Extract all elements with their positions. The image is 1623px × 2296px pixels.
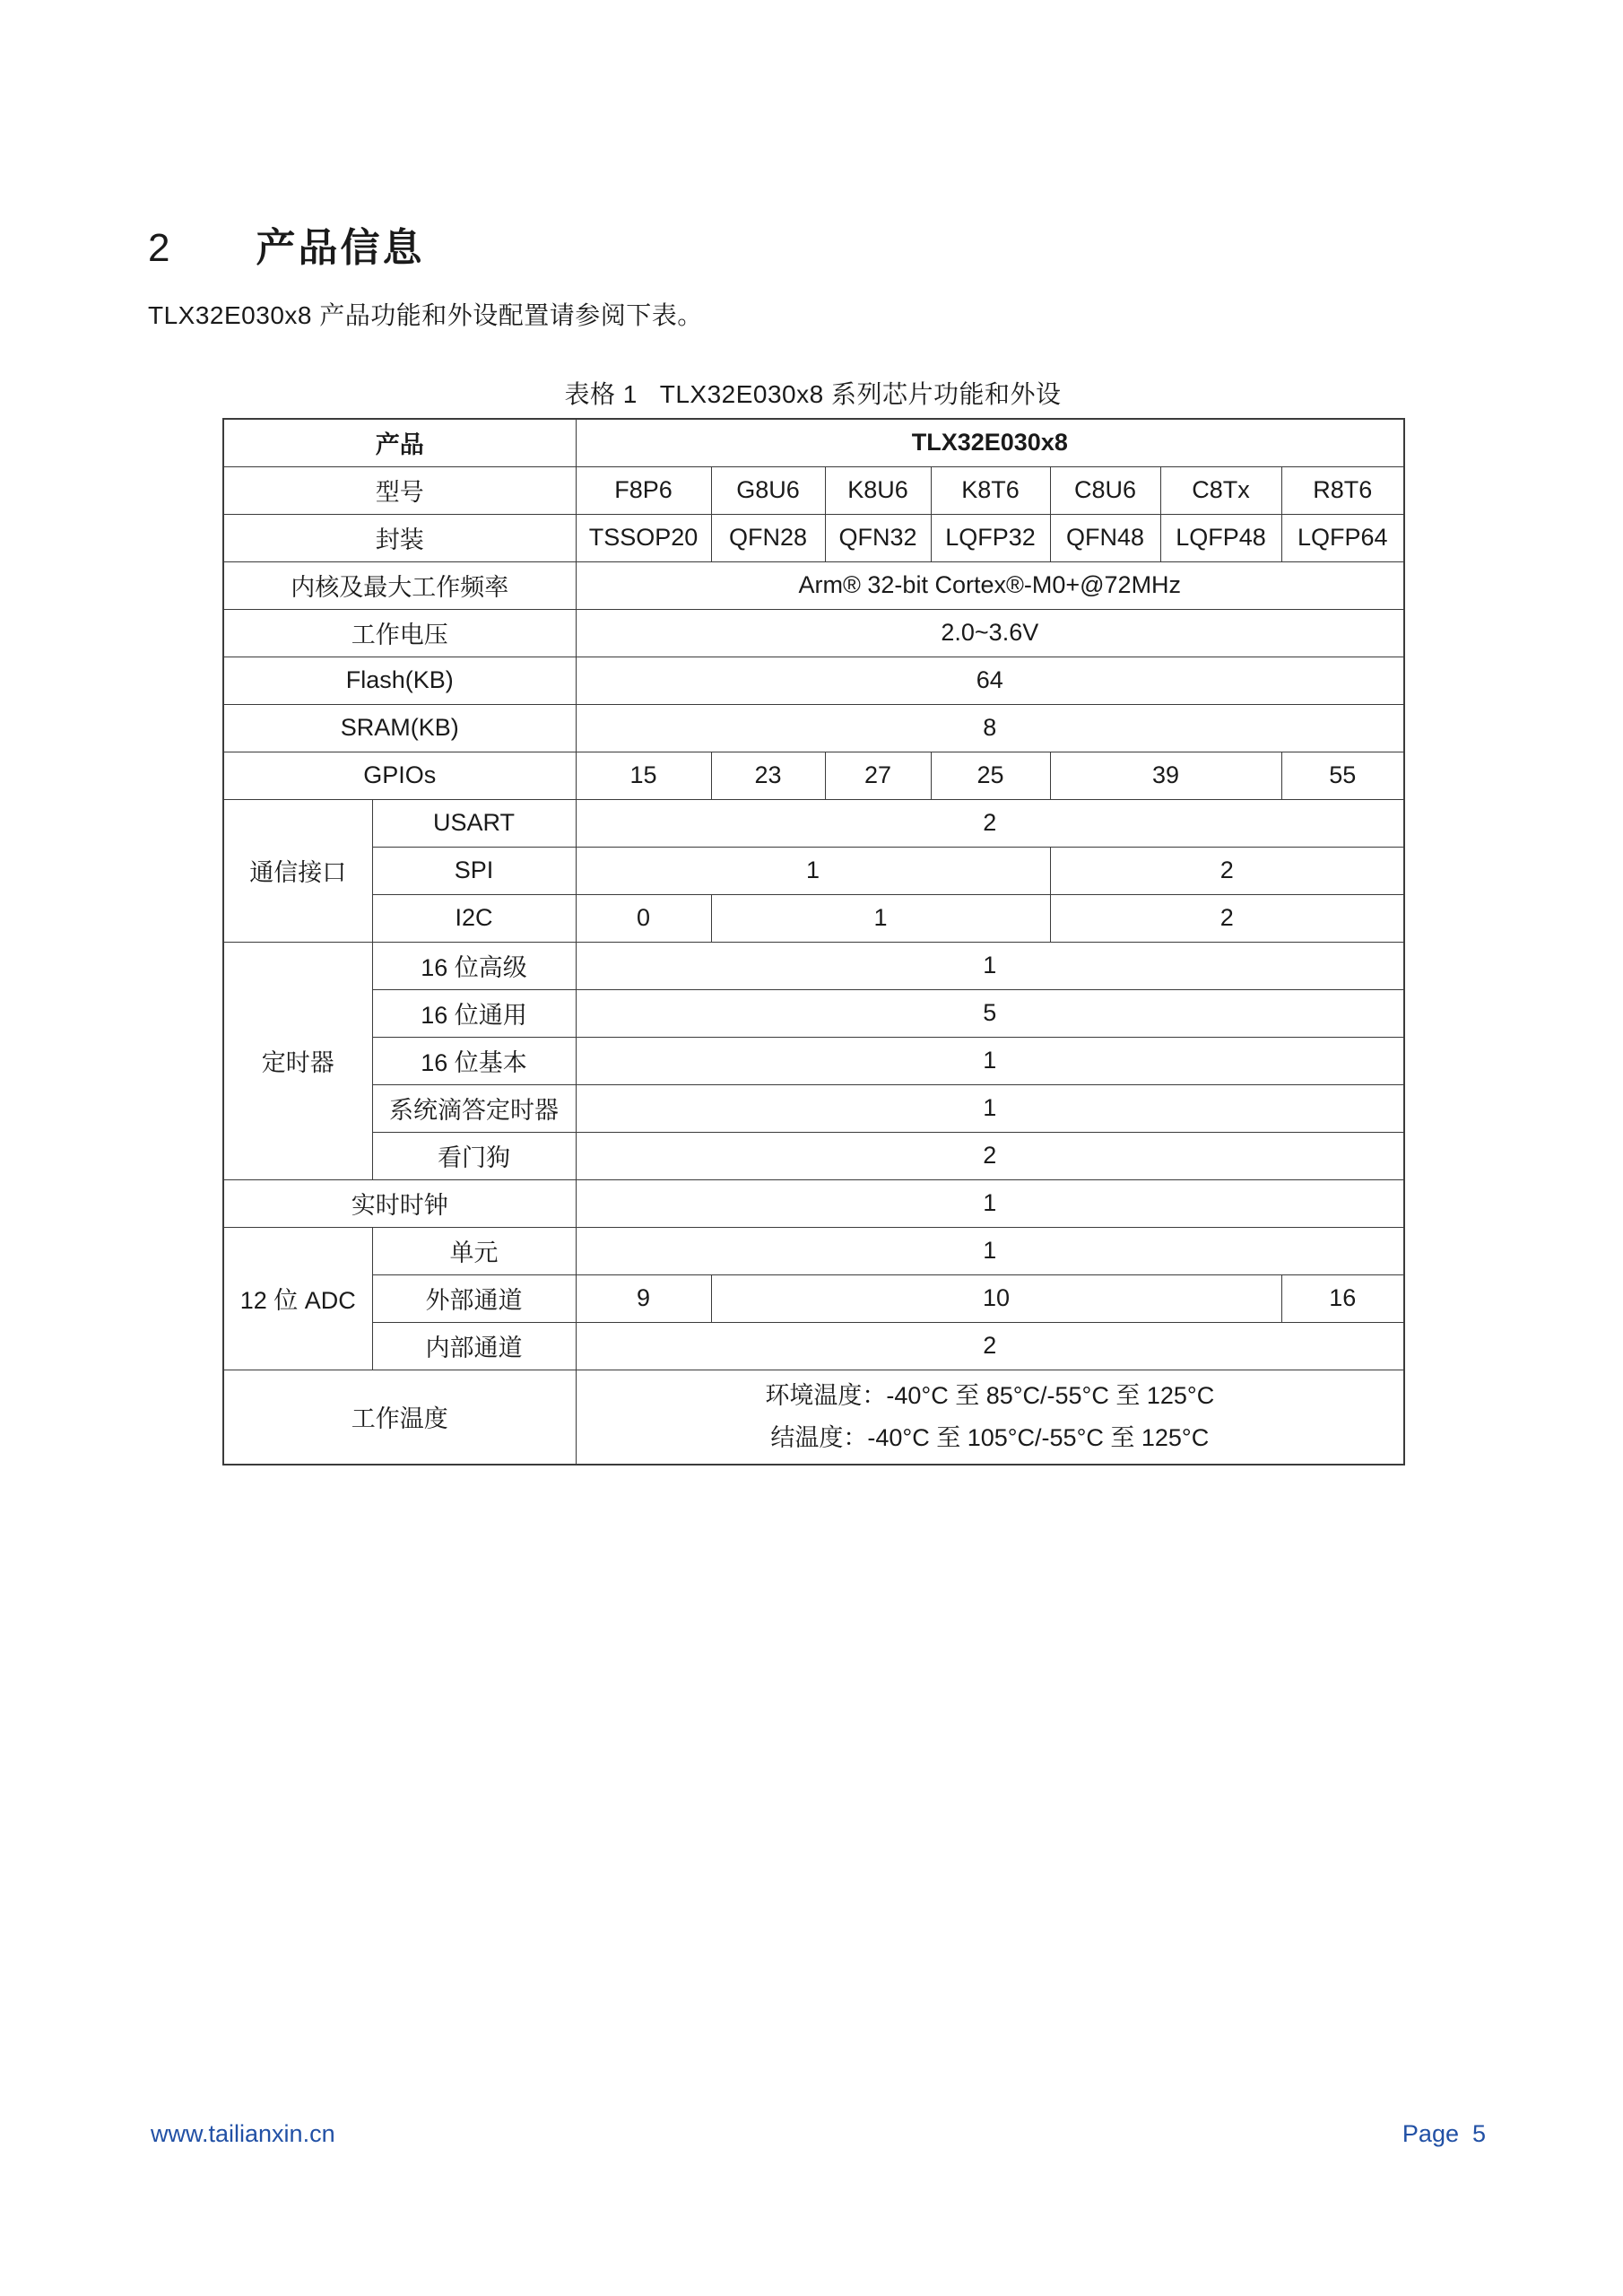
table-row: 工作电压 2.0~3.6V [223, 609, 1404, 657]
sub-label-systick: 系统滴答定时器 [372, 1084, 576, 1132]
value-cell: 1 [576, 1179, 1404, 1227]
value-cell: 1 [576, 847, 1050, 894]
value-cell: 2 [1050, 847, 1404, 894]
value-cell: K8U6 [825, 466, 931, 514]
value-cell: LQFP64 [1281, 514, 1404, 561]
product-spec-table: 产品 TLX32E030x8 型号 F8P6 G8U6 K8U6 K8T6 C8… [222, 418, 1405, 1465]
table-row: 外部通道 9 10 16 [223, 1274, 1404, 1322]
value-cell: 2 [576, 799, 1404, 847]
value-cell: 23 [711, 752, 825, 799]
value-cell: TSSOP20 [576, 514, 711, 561]
sub-label-gp-timer: 16 位通用 [372, 989, 576, 1037]
table-row: 封装 TSSOP20 QFN28 QFN32 LQFP32 QFN48 LQFP… [223, 514, 1404, 561]
datasheet-page: { "section": { "number": "2", "title": "… [0, 0, 1623, 2296]
value-cell: C8Tx [1160, 466, 1281, 514]
table-row: 16 位基本 1 [223, 1037, 1404, 1084]
value-cell: 1 [711, 894, 1050, 942]
value-cell: 16 [1281, 1274, 1404, 1322]
value-cell: 2.0~3.6V [576, 609, 1404, 657]
value-cell: 55 [1281, 752, 1404, 799]
table-row: 看门狗 2 [223, 1132, 1404, 1179]
junction-temp-text: 结温度：-40°C 至 105°C/-55°C 至 125°C [580, 1417, 1401, 1459]
value-cell: 64 [576, 657, 1404, 704]
value-cell: 9 [576, 1274, 711, 1322]
value-cell: R8T6 [1281, 466, 1404, 514]
table-row: 通信接口 USART 2 [223, 799, 1404, 847]
table-row: 型号 F8P6 G8U6 K8U6 K8T6 C8U6 C8Tx R8T6 [223, 466, 1404, 514]
value-cell: K8T6 [931, 466, 1050, 514]
value-cell: F8P6 [576, 466, 711, 514]
sub-label-watchdog: 看门狗 [372, 1132, 576, 1179]
section-heading: 2 产品信息 [148, 215, 424, 273]
table-row: 12 位 ADC 单元 1 [223, 1227, 1404, 1274]
section-title: 产品信息 [256, 215, 424, 273]
value-cell: 2 [576, 1132, 1404, 1179]
row-label-package: 封装 [223, 514, 576, 561]
table-row: I2C 0 1 2 [223, 894, 1404, 942]
value-cell-temperature: 环境温度：-40°C 至 85°C/-55°C 至 125°C 结温度：-40°… [576, 1370, 1404, 1465]
value-cell: 1 [576, 1084, 1404, 1132]
table-row: GPIOs 15 23 27 25 39 55 [223, 752, 1404, 799]
sub-label-usart: USART [372, 799, 576, 847]
value-cell: 2 [1050, 894, 1404, 942]
table-row: 实时时钟 1 [223, 1179, 1404, 1227]
table-row: 产品 TLX32E030x8 [223, 419, 1404, 466]
value-cell: LQFP32 [931, 514, 1050, 561]
sub-label-i2c: I2C [372, 894, 576, 942]
row-label-core: 内核及最大工作频率 [223, 561, 576, 609]
row-label-sram: SRAM(KB) [223, 704, 576, 752]
value-cell: 25 [931, 752, 1050, 799]
table-row: Flash(KB) 64 [223, 657, 1404, 704]
footer-website: www.tailianxin.cn [151, 2120, 335, 2148]
value-cell: 39 [1050, 752, 1281, 799]
value-cell: QFN48 [1050, 514, 1160, 561]
table-row: SPI 1 2 [223, 847, 1404, 894]
value-cell: 0 [576, 894, 711, 942]
value-cell: 1 [576, 1227, 1404, 1274]
sub-label-adc-unit: 单元 [372, 1227, 576, 1274]
group-label-comm: 通信接口 [223, 799, 372, 942]
group-label-adc: 12 位 ADC [223, 1227, 372, 1370]
value-cell: Arm® 32-bit Cortex®-M0+@72MHz [576, 561, 1404, 609]
row-label-voltage: 工作电压 [223, 609, 576, 657]
sub-label-ext-channels: 外部通道 [372, 1274, 576, 1322]
table-row: 内核及最大工作频率 Arm® 32-bit Cortex®-M0+@72MHz [223, 561, 1404, 609]
table-row: 16 位通用 5 [223, 989, 1404, 1037]
table-row: 工作温度 环境温度：-40°C 至 85°C/-55°C 至 125°C 结温度… [223, 1370, 1404, 1465]
intro-text: TLX32E030x8 产品功能和外设配置请参阅下表。 [148, 296, 703, 332]
row-label-product: 产品 [223, 419, 576, 466]
footer-page-number: Page 5 [1402, 2120, 1486, 2148]
value-cell: 2 [576, 1322, 1404, 1370]
value-cell: 10 [711, 1274, 1281, 1322]
value-cell: 15 [576, 752, 711, 799]
section-number: 2 [148, 226, 169, 271]
ambient-temp-text: 环境温度：-40°C 至 85°C/-55°C 至 125°C [580, 1375, 1401, 1417]
value-cell: 5 [576, 989, 1404, 1037]
row-label-gpios: GPIOs [223, 752, 576, 799]
value-cell: 1 [576, 942, 1404, 989]
row-label-flash: Flash(KB) [223, 657, 576, 704]
table-row: SRAM(KB) 8 [223, 704, 1404, 752]
table-row: 定时器 16 位高级 1 [223, 942, 1404, 989]
value-cell: C8U6 [1050, 466, 1160, 514]
row-label-rtc: 实时时钟 [223, 1179, 576, 1227]
table-row: 系统滴答定时器 1 [223, 1084, 1404, 1132]
table-row: 内部通道 2 [223, 1322, 1404, 1370]
product-family-cell: TLX32E030x8 [576, 419, 1404, 466]
sub-label-basic-timer: 16 位基本 [372, 1037, 576, 1084]
value-cell: 1 [576, 1037, 1404, 1084]
value-cell: QFN28 [711, 514, 825, 561]
sub-label-spi: SPI [372, 847, 576, 894]
sub-label-int-channels: 内部通道 [372, 1322, 576, 1370]
table-caption: 表格 1 TLX32E030x8 系列芯片功能和外设 [222, 375, 1403, 411]
value-cell: QFN32 [825, 514, 931, 561]
sub-label-adv-timer: 16 位高级 [372, 942, 576, 989]
group-label-timers: 定时器 [223, 942, 372, 1179]
value-cell: G8U6 [711, 466, 825, 514]
row-label-model: 型号 [223, 466, 576, 514]
row-label-temperature: 工作温度 [223, 1370, 576, 1465]
value-cell: 8 [576, 704, 1404, 752]
value-cell: LQFP48 [1160, 514, 1281, 561]
value-cell: 27 [825, 752, 931, 799]
